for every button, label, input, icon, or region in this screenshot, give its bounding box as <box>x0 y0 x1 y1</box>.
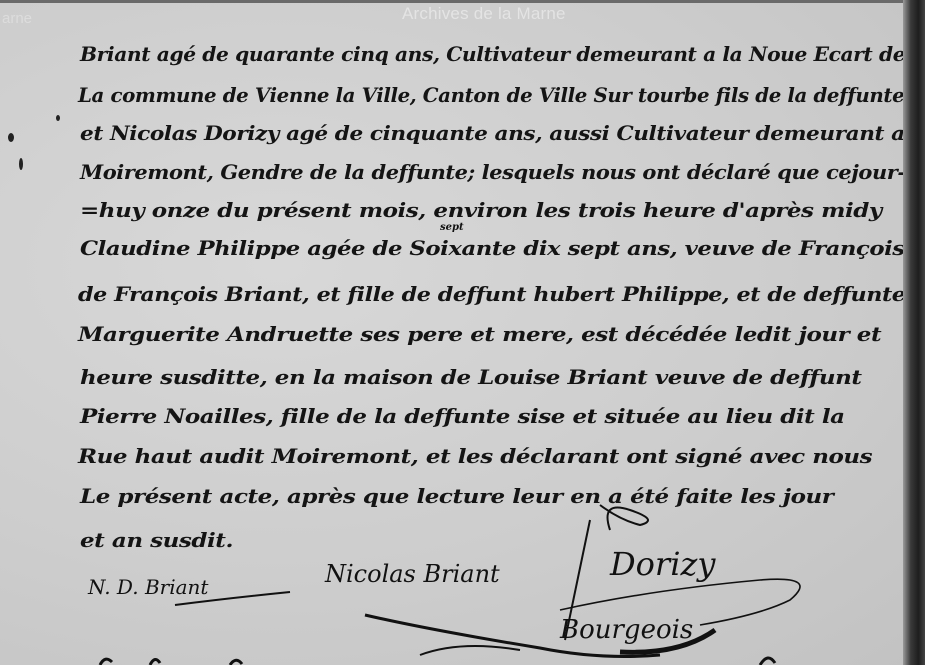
text-line-2: La commune de Vienne la Ville, Canton de… <box>78 83 904 107</box>
text-line-7: de François Briant, et fille de deffunt … <box>78 282 906 306</box>
text-line-8: Marguerite Andruette ses pere et mere, e… <box>78 322 881 346</box>
signature-nicolas-briant: Nicolas Briant <box>325 560 500 588</box>
ink-blot <box>8 133 14 142</box>
document-page: arne Archives de la Marne Briant agé de … <box>0 0 925 665</box>
watermark: Archives de la Marne <box>402 4 566 24</box>
superscript-insertion: sept <box>440 222 464 233</box>
text-line-9: heure susditte, en la maison de Louise B… <box>80 365 862 389</box>
text-line-10: Pierre Noailles, fille de la deffunte si… <box>80 404 845 428</box>
text-line-6: Claudine Philippe agée de Soixante dix s… <box>80 236 905 260</box>
signature-dorizy: Dorizy <box>610 545 715 583</box>
signature-bourgeois: Bourgeois <box>560 615 693 645</box>
ink-blot <box>19 158 23 170</box>
text-line-3: et Nicolas Dorizy agé de cinquante ans, … <box>80 121 905 145</box>
text-line-5: =huy onze du présent mois, environ les t… <box>80 198 882 222</box>
signature-nd-briant: N. D. Briant <box>88 575 208 599</box>
text-line-1: Briant agé de quarante cinq ans, Cultiva… <box>80 42 905 66</box>
ink-blot <box>56 115 60 121</box>
book-binding-edge <box>903 0 925 665</box>
text-line-13: et an susdit. <box>80 528 233 552</box>
text-line-4: Moiremont, Gendre de la deffunte; lesque… <box>80 160 906 184</box>
watermark-fragment: arne <box>2 10 32 27</box>
text-line-11: Rue haut audit Moiremont, et les déclara… <box>78 444 872 468</box>
text-line-12: Le présent acte, après que lecture leur … <box>80 484 833 508</box>
page-top-edge <box>0 0 925 3</box>
